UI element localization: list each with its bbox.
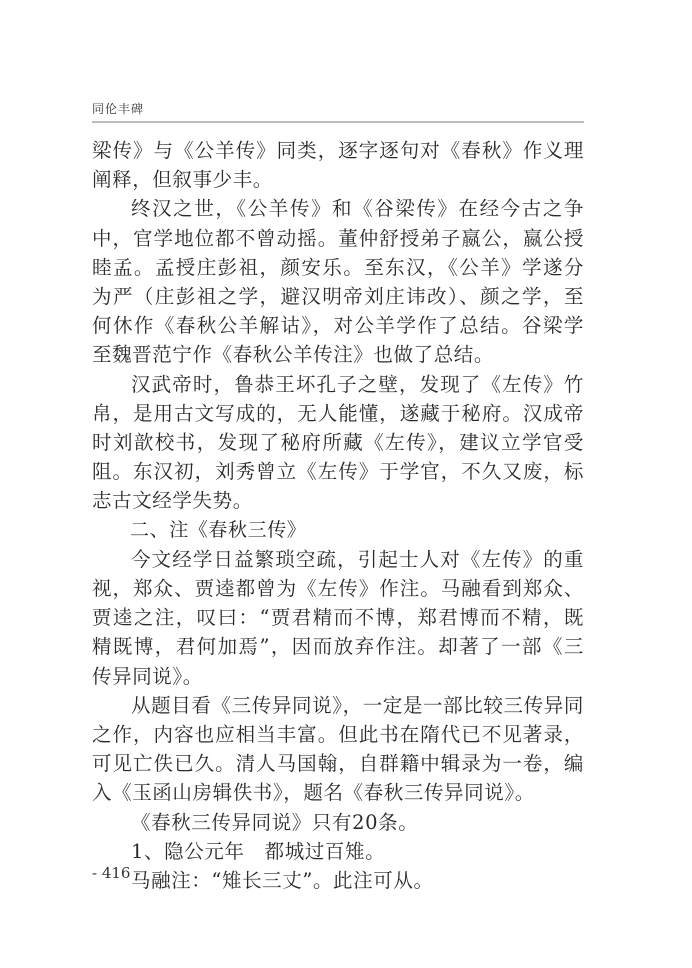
book-page: 同伦丰碑 梁传》与《公羊传》同类，逐字逐句对《春秋》作义理阐释，但叙事少丰。 终…: [92, 0, 584, 968]
paragraph: 汉武帝时，鲁恭王坏孔子之壁，发现了《左传》竹帛，是用古文写成的，无人能懂，遂藏于…: [92, 370, 584, 516]
section-heading: 二、注《春秋三传》: [92, 516, 584, 545]
list-entry: 1、隐公元年 都城过百雉。: [92, 837, 584, 866]
header-rule-divider: [92, 121, 584, 123]
page-number: - 416 -: [92, 864, 140, 882]
paragraph: 《春秋三传异同说》只有20条。: [92, 808, 584, 837]
paragraph: 今文经学日益繁琐空疏，引起士人对《左传》的重视，郑众、贾逵都曾为《左传》作注。马…: [92, 545, 584, 691]
body-text: 梁传》与《公羊传》同类，逐字逐句对《春秋》作义理阐释，但叙事少丰。 终汉之世，《…: [92, 136, 584, 895]
running-head-title: 同伦丰碑: [92, 100, 144, 117]
annotation-line: 马融注：“雉长三丈”。此注可从。: [92, 866, 584, 895]
paragraph: 终汉之世，《公羊传》和《谷梁传》在经今古之争中，官学地位都不曾动摇。董仲舒授弟子…: [92, 194, 584, 369]
paragraph-continued: 梁传》与《公羊传》同类，逐字逐句对《春秋》作义理阐释，但叙事少丰。: [92, 136, 584, 194]
paragraph: 从题目看《三传异同说》，一定是一部比较三传异同之作，内容也应相当丰富。但此书在隋…: [92, 691, 584, 808]
